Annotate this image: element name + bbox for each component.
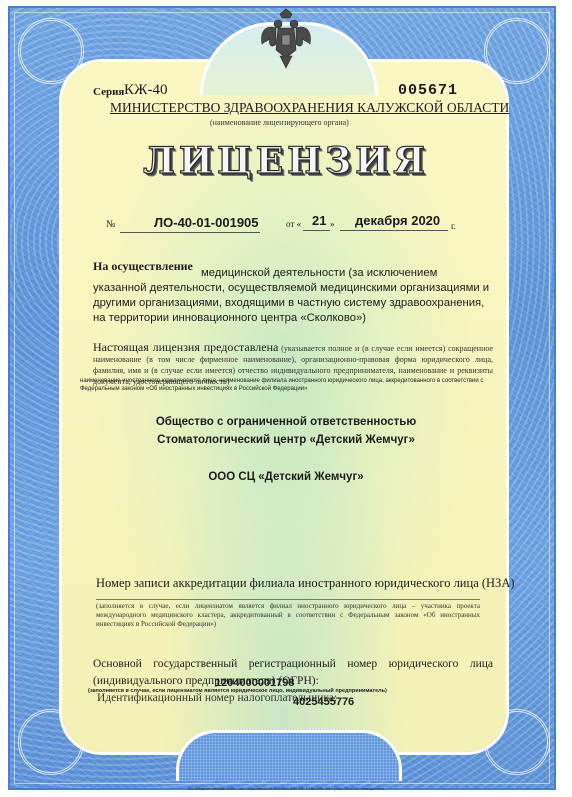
bottom-arch [176,730,402,781]
foreign-entity-note: наименование иностранного юридического л… [80,377,492,393]
accreditation-title: Номер записи аккредитации филиала иностр… [96,576,515,591]
number-underline [120,232,260,233]
activity-text: медицинской деятельности (за исключением… [93,266,493,326]
document-title: ЛИЦЕНЗИЯ [0,140,572,182]
granted-lead: Настоящая лицензия предоставлена [93,340,278,354]
license-number: ЛО-40-01-001905 [154,215,259,230]
authority-caption: (наименование лицензирующего органа) [210,118,349,127]
double-headed-eagle-icon [258,8,314,70]
organization-short-name: ООО СЦ «Детский Жемчуг» [0,471,572,483]
printer-imprint: АО «Опцион», Москва, 2019 г., «А», лицен… [0,787,572,791]
day-underline [303,230,330,231]
licensing-authority: МИНИСТЕРСТВО ЗДРАВООХРАНЕНИЯ КАЛУЖСКОЙ О… [110,100,509,116]
date-month-year: декабря 2020 [355,213,440,228]
organization-full-name-line1: Общество с ограниченной ответственностью [0,416,572,428]
year-suffix: г. [451,221,456,231]
series-value: КЖ-40 [124,82,167,99]
month-underline [340,230,448,231]
date-close-quote: » [330,219,335,229]
number-label: № [106,219,116,230]
organization-full-name-line2: Стоматологический центр «Детский Жемчуг» [0,434,572,446]
ogrn-note: (заполняется в случае, если лицензиатом … [88,688,387,694]
date-prefix: от « [286,219,301,229]
accreditation-note: (заполняется в случае, если лицензиатом … [96,602,480,629]
series-label: Серия [93,86,124,98]
serial-number: 005671 [398,82,458,99]
inn-value: 4025455776 [293,696,354,708]
date-day: 21 [312,213,326,228]
accreditation-value-line [96,599,480,600]
